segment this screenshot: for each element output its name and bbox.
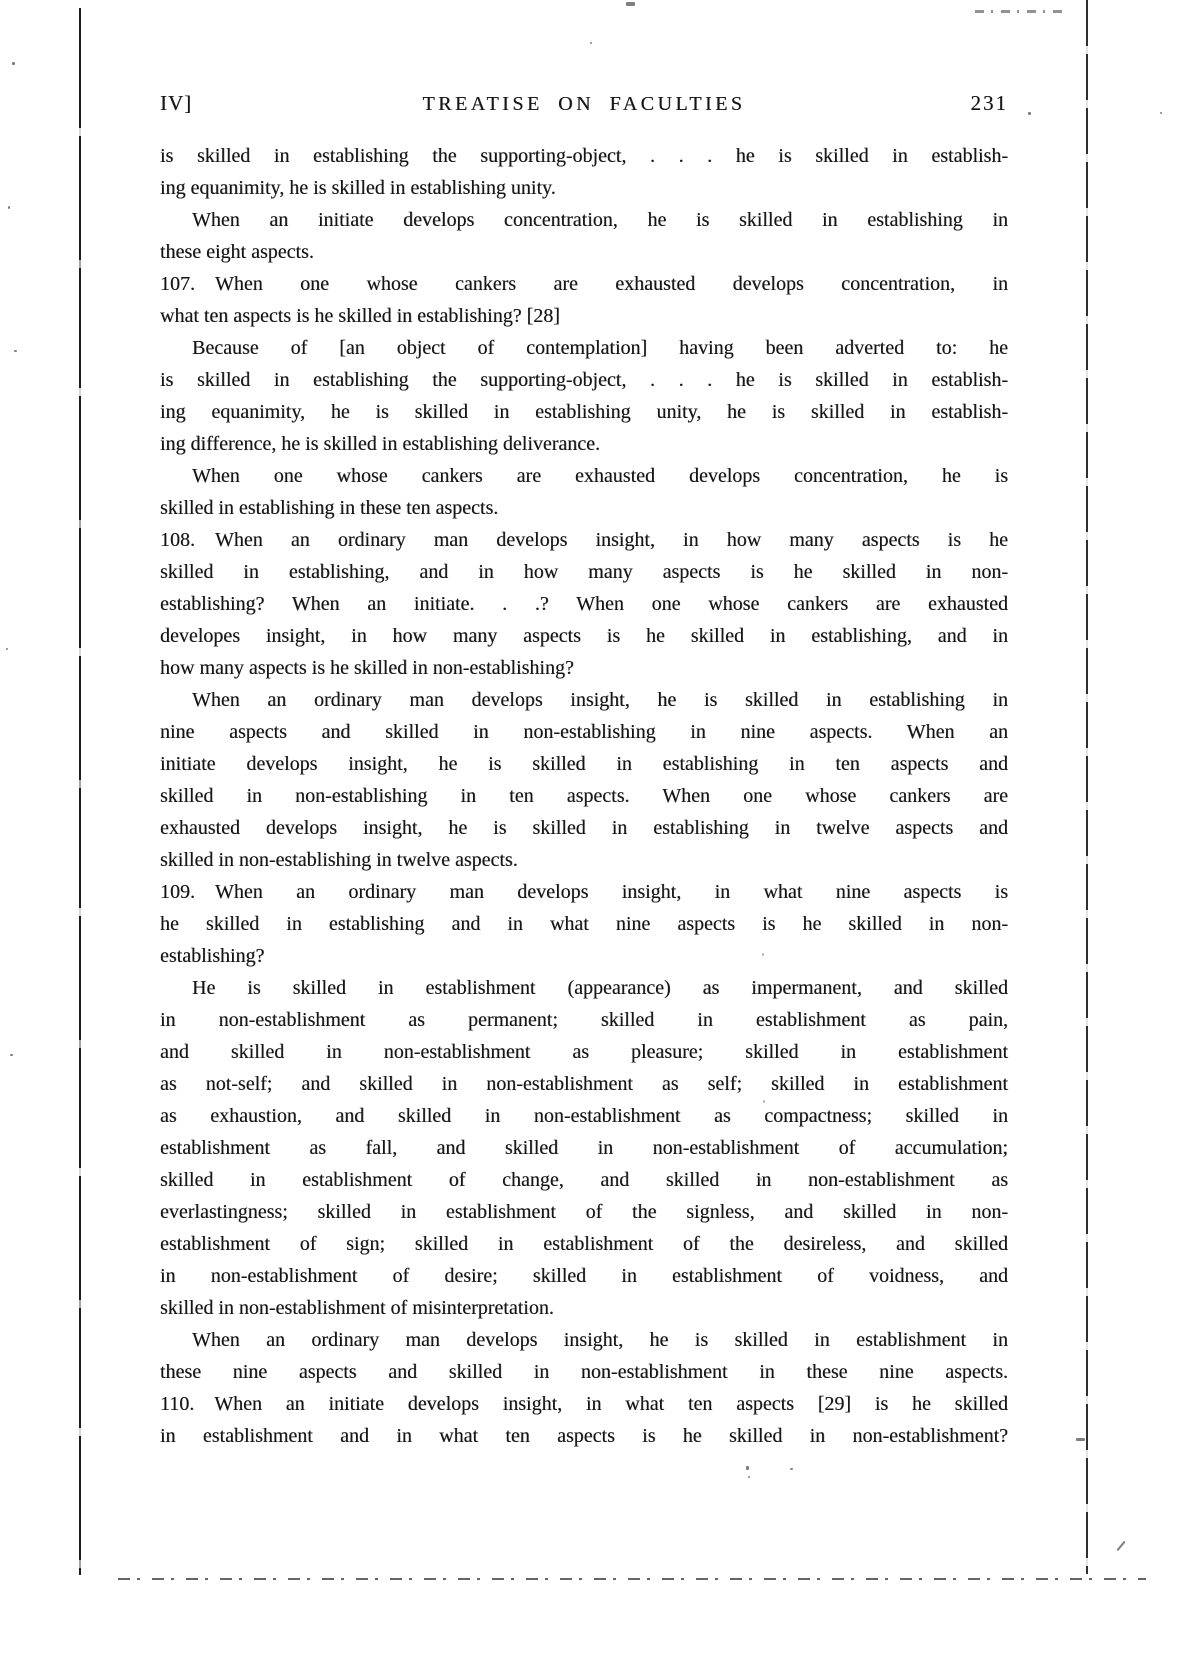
text-line: skilled in non-establishment of misinter… — [160, 1292, 1008, 1324]
text-line: in establishment and in what ten aspects… — [160, 1420, 1008, 1452]
paragraph: Because of [an object of contemplation] … — [160, 332, 1008, 460]
scan-speck — [746, 1466, 749, 1470]
scan-speck — [8, 206, 10, 209]
page-header: IV] TREATISE ON FACULTIES 231 — [160, 90, 1008, 117]
scan-speck — [14, 350, 17, 352]
text-line: exhausted develops insight, he is skille… — [160, 812, 1008, 844]
text-line: in non-establishment as permanent; skill… — [160, 1004, 1008, 1036]
paragraph: He is skilled in establishment (appearan… — [160, 972, 1008, 1324]
paragraph: 107. When one whose cankers are exhauste… — [160, 268, 1008, 332]
text-line: ing difference, he is skilled in establi… — [160, 428, 1008, 460]
scan-speck — [1160, 112, 1162, 114]
paragraph: 109. When an ordinary man develops insig… — [160, 876, 1008, 972]
scan-speck — [748, 1476, 750, 1478]
paragraph: is skilled in establishing the supportin… — [160, 140, 1008, 204]
text-line: everlastingness; skilled in establishmen… — [160, 1196, 1008, 1228]
text-line: as not-self; and skilled in non-establis… — [160, 1068, 1008, 1100]
text-line: is skilled in establishing the supportin… — [160, 364, 1008, 396]
scan-speck — [762, 953, 764, 956]
text-line: establishing? When an initiate. . .? Whe… — [160, 588, 1008, 620]
paragraph: When an initiate develops concentration,… — [160, 204, 1008, 268]
text-line: these eight aspects. — [160, 236, 1008, 268]
text-line: what ten aspects is he skilled in establ… — [160, 300, 1008, 332]
paragraph: 108. When an ordinary man develops insig… — [160, 524, 1008, 684]
bottom-scan-rule — [118, 1578, 1146, 1580]
text-line: 110. When an initiate develops insight, … — [160, 1388, 1008, 1420]
scan-speck — [1116, 1541, 1125, 1551]
text-line: developes insight, in how many aspects i… — [160, 620, 1008, 652]
page-number: 231 — [878, 90, 1008, 116]
scan-speck — [790, 1468, 793, 1470]
text-line: When an ordinary man develops insight, h… — [160, 684, 1008, 716]
top-right-scan-dashes — [975, 10, 1067, 13]
scan-speck — [590, 42, 592, 44]
left-page-edge-line — [79, 8, 81, 1575]
page-body: is skilled in establishing the supportin… — [160, 140, 1008, 1452]
text-line: establishment as fall, and skilled in no… — [160, 1132, 1008, 1164]
text-line: When one whose cankers are exhausted dev… — [160, 460, 1008, 492]
text-line: skilled in establishment of change, and … — [160, 1164, 1008, 1196]
text-line: skilled in establishing in these ten asp… — [160, 492, 1008, 524]
scan-speck — [1028, 112, 1031, 115]
text-line: 107. When one whose cankers are exhauste… — [160, 268, 1008, 300]
book-page-scan: IV] TREATISE ON FACULTIES 231 is skilled… — [0, 0, 1184, 1653]
scan-speck — [763, 1100, 765, 1103]
text-line: how many aspects is he skilled in non-es… — [160, 652, 1008, 684]
text-line: Because of [an object of contemplation] … — [160, 332, 1008, 364]
text-line: in non-establishment of desire; skilled … — [160, 1260, 1008, 1292]
text-line: skilled in non-establishing in twelve as… — [160, 844, 1008, 876]
text-line: skilled in non-establishing in ten aspec… — [160, 780, 1008, 812]
scan-speck — [12, 62, 15, 65]
scan-speck — [10, 1054, 13, 1056]
text-line: When an initiate develops concentration,… — [160, 204, 1008, 236]
scan-speck — [626, 2, 635, 6]
text-line: as exhaustion, and skilled in non-establ… — [160, 1100, 1008, 1132]
text-line: nine aspects and skilled in non-establis… — [160, 716, 1008, 748]
text-line: and skilled in non-establishment as plea… — [160, 1036, 1008, 1068]
chapter-label: IV] — [160, 90, 290, 116]
right-page-edge-line — [1086, 0, 1088, 1574]
text-line: ing equanimity, he is skilled in establi… — [160, 172, 1008, 204]
text-line: He is skilled in establishment (appearan… — [160, 972, 1008, 1004]
paragraph: 110. When an initiate develops insight, … — [160, 1388, 1008, 1452]
text-line: is skilled in establishing the supportin… — [160, 140, 1008, 172]
paragraph: When an ordinary man develops insight, h… — [160, 684, 1008, 876]
text-line: When an ordinary man develops insight, h… — [160, 1324, 1008, 1356]
scan-speck — [760, 1178, 762, 1181]
text-line: he skilled in establishing and in what n… — [160, 908, 1008, 940]
text-line: ing equanimity, he is skilled in establi… — [160, 396, 1008, 428]
scan-speck — [1076, 1438, 1085, 1441]
text-line: establishing? — [160, 940, 1008, 972]
text-line: 109. When an ordinary man develops insig… — [160, 876, 1008, 908]
text-line: initiate develops insight, he is skilled… — [160, 748, 1008, 780]
scan-speck — [6, 648, 8, 650]
text-line: 108. When an ordinary man develops insig… — [160, 524, 1008, 556]
text-line: these nine aspects and skilled in non-es… — [160, 1356, 1008, 1388]
paragraph: When one whose cankers are exhausted dev… — [160, 460, 1008, 524]
paragraph: When an ordinary man develops insight, h… — [160, 1324, 1008, 1388]
text-line: establishment of sign; skilled in establ… — [160, 1228, 1008, 1260]
running-title: TREATISE ON FACULTIES — [290, 91, 878, 117]
text-line: skilled in establishing, and in how many… — [160, 556, 1008, 588]
